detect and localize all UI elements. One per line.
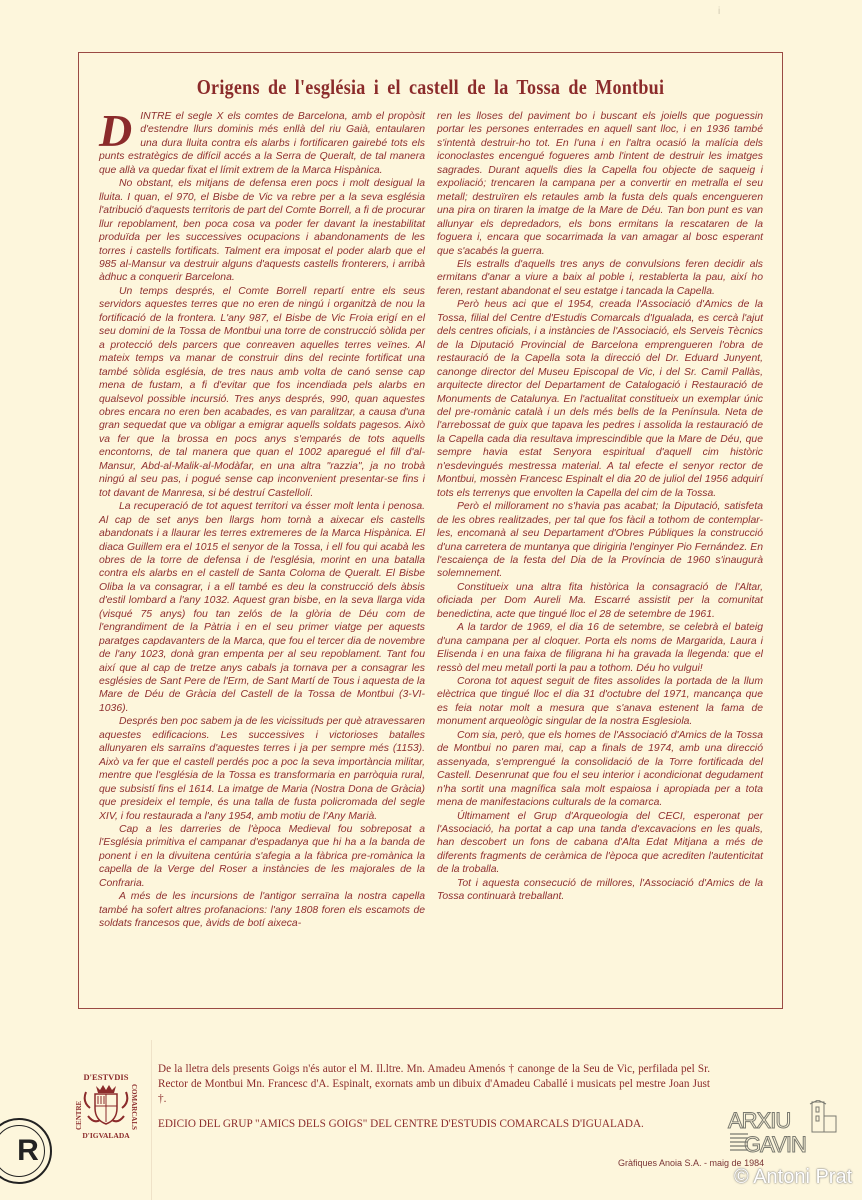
paragraph: Però heus aci que el 1954, creada l'Asso…	[437, 298, 763, 500]
drop-cap: D	[99, 112, 132, 150]
paragraph: Últimament el Grup d'Arqueologia del CEC…	[437, 810, 763, 877]
paragraph: Constitueix una altra fita històrica la …	[437, 581, 763, 621]
svg-text:GAVIN: GAVIN	[744, 1132, 806, 1156]
paragraph-continued: ren les lloses del paviment bo i buscant…	[437, 110, 763, 258]
left-column: DINTRE el segle X els comtes de Barcelon…	[99, 110, 425, 1000]
svg-text:COMARCALS: COMARCALS	[130, 1084, 138, 1130]
paragraph: Un temps després, el Comte Borrell repar…	[99, 285, 425, 500]
paragraph: Després ben poc sabem ja de les vicissit…	[99, 715, 425, 823]
paragraph: Cap a les darreries de l'època Medieval …	[99, 823, 425, 890]
svg-text:CENTRE: CENTRE	[75, 1100, 83, 1130]
svg-text:D'ESTVDIS: D'ESTVDIS	[84, 1072, 129, 1082]
paragraph: A més de les incursions de l'antigor ser…	[99, 890, 425, 930]
article-title: Origens de l'església i el castell de la…	[128, 75, 733, 100]
paragraph: Com sia, però, que els homes de l'Associ…	[437, 729, 763, 810]
paragraph: Corona tot aquest seguit de fites assoli…	[437, 675, 763, 729]
edition-text: EDICIO DEL GRUP "AMICS DELS GOIGS" DEL C…	[158, 1117, 710, 1132]
svg-text:ARXIU: ARXIU	[728, 1108, 790, 1133]
paragraph: La recuperació de tot aquest territori v…	[99, 500, 425, 715]
footer-credits: De la lletra dels presents Goigs n'és au…	[158, 1062, 710, 1132]
registered-trademark-icon: R	[0, 1118, 52, 1184]
paragraph: No obstant, els mitjans de defensa eren …	[99, 177, 425, 285]
paragraph: Els estralls d'aquells tres anys de conv…	[437, 258, 763, 298]
copyright-watermark: © Antoni Prat	[734, 1166, 852, 1189]
arxiu-gavin-logo-icon: ARXIU GAVIN	[726, 1100, 842, 1156]
paragraph: A la tardor de 1969, el dia 16 de setemb…	[437, 621, 763, 675]
credits-text: De la lletra dels presents Goigs n'és au…	[158, 1062, 710, 1107]
paragraph: Tot i aquesta consecució de millores, l'…	[437, 877, 763, 904]
centre-estudis-seal-icon: D'ESTVDIS D'IGVALADA CENTRE COMARCALS	[74, 1072, 138, 1140]
article-frame: Origens de l'església i el castell de la…	[78, 52, 783, 1009]
right-column: ren les lloses del paviment bo i buscant…	[437, 110, 763, 1000]
article-body: DINTRE el segle X els comtes de Barcelon…	[99, 110, 763, 1000]
paragraph: Però el millorament no s'havia pas acaba…	[437, 500, 763, 581]
paragraph: DINTRE el segle X els comtes de Barcelon…	[99, 110, 425, 177]
page-mark: i	[718, 6, 720, 17]
fold-line	[151, 1040, 152, 1200]
svg-text:D'IGVALADA: D'IGVALADA	[82, 1131, 130, 1140]
